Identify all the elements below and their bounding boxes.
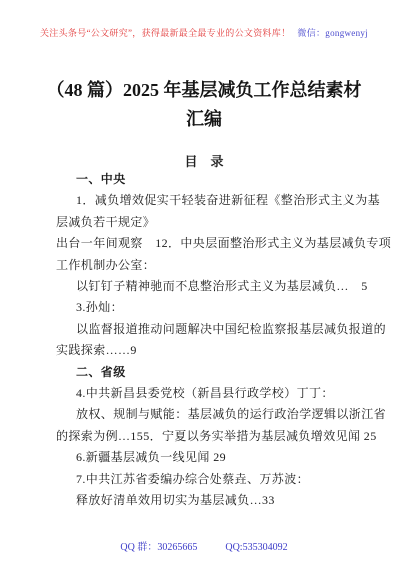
document-page: 关注头条号“公文研究”，获得最新最全最专业的公文资料库！微信：gongwenyj… — [0, 0, 408, 580]
toc-line: 二、省级 — [56, 362, 388, 383]
toc-line: 放权、规制与赋能：基层减负的运行政治学逻辑以浙江省 — [56, 404, 388, 425]
footer-qq-text: QQ:535304092 — [225, 542, 287, 553]
document-title: （48 篇）2025 年基层减负工作总结素材 汇编 — [0, 76, 408, 134]
toc-line: 实践探索……9 — [56, 340, 388, 361]
toc-line: 1．减负增效促实干轻装奋进新征程《整治形式主义为基 — [56, 190, 388, 211]
toc-line: 6.新疆基层减负一线见闻 29 — [56, 447, 388, 468]
document-title-line-2: 汇编 — [0, 105, 408, 134]
toc-line: 4.中共新昌县委党校（新昌县行政学校）丁丁： — [56, 383, 388, 404]
toc-line: 以钉钉子精神驰而不息整治形式主义为基层减负… 5 — [56, 276, 388, 297]
header-notice: 关注头条号“公文研究”，获得最新最全最专业的公文资料库！微信：gongwenyj — [0, 26, 408, 39]
header-notice-wechat-text: 微信：gongwenyj — [297, 28, 368, 38]
toc-line: 一、中央 — [56, 169, 388, 190]
document-title-line-1: （48 篇）2025 年基层减负工作总结素材 — [0, 76, 408, 105]
toc-line: 以监督报道推动问题解决中国纪检监察报基层减负报道的 — [56, 319, 388, 340]
toc-line: 出台一年间观察 12．中央层面整治形式主义为基层减负专项 — [56, 233, 388, 254]
toc-line: 的探索为例…155．宁夏以务实举措为基层减负增效见闻 25 — [56, 426, 388, 447]
toc-line: 层减负若干规定》 — [56, 212, 388, 233]
toc-line: 3.孙灿： — [56, 297, 388, 318]
toc-heading: 目 录 — [0, 151, 408, 170]
toc-line: 7.中共江苏省委编办综合处蔡垚、万苏波： — [56, 469, 388, 490]
toc-line: 释放好清单效用切实为基层减负…33 — [56, 490, 388, 511]
toc-lines: 一、中央1．减负增效促实干轻装奋进新征程《整治形式主义为基层减负若干规定》出台一… — [56, 169, 388, 512]
toc-line: 工作机制办公室： — [56, 255, 388, 276]
footer-qq-group-text: QQ 群：30265665 — [120, 542, 197, 553]
header-notice-red-text: 关注头条号“公文研究”，获得最新最全最专业的公文资料库！ — [40, 28, 290, 38]
footer-contact: QQ 群：30265665QQ:535304092 — [0, 538, 408, 553]
